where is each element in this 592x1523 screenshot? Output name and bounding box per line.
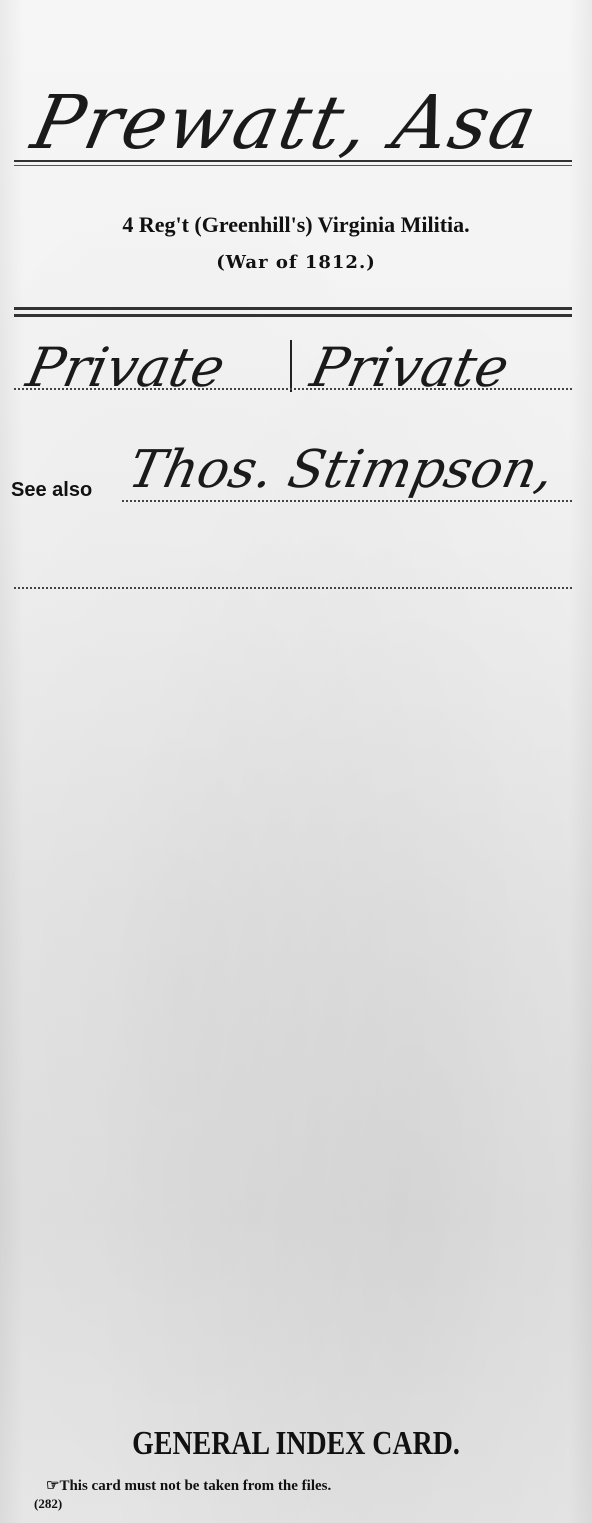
name-underline-top [14, 160, 572, 162]
soldier-name-handwritten: Prewatt, Asa [25, 80, 546, 166]
see-also-handwritten: Thos. Stimpson, [124, 440, 560, 500]
section-divider-top [14, 307, 572, 310]
see-also-dotted-line [122, 500, 572, 502]
blank-dotted-line [14, 587, 572, 589]
rank-separator [290, 340, 292, 392]
war-subtitle: (War of 1812.) [0, 252, 592, 273]
footer-title: GENERAL INDEX CARD. [53, 1425, 538, 1463]
footer-note: ☞This card must not be taken from the fi… [46, 1476, 331, 1495]
section-divider-bottom [14, 314, 572, 317]
rank-dotted-line [14, 388, 572, 390]
see-also-label: See also [11, 479, 92, 502]
name-underline-bottom [14, 165, 572, 166]
index-card: Prewatt, Asa 4 Reg't (Greenhill's) Virgi… [0, 0, 592, 1523]
regiment-title: 4 Reg't (Greenhill's) Virginia Militia. [0, 212, 592, 238]
footer-form-code: (282) [34, 1496, 62, 1512]
